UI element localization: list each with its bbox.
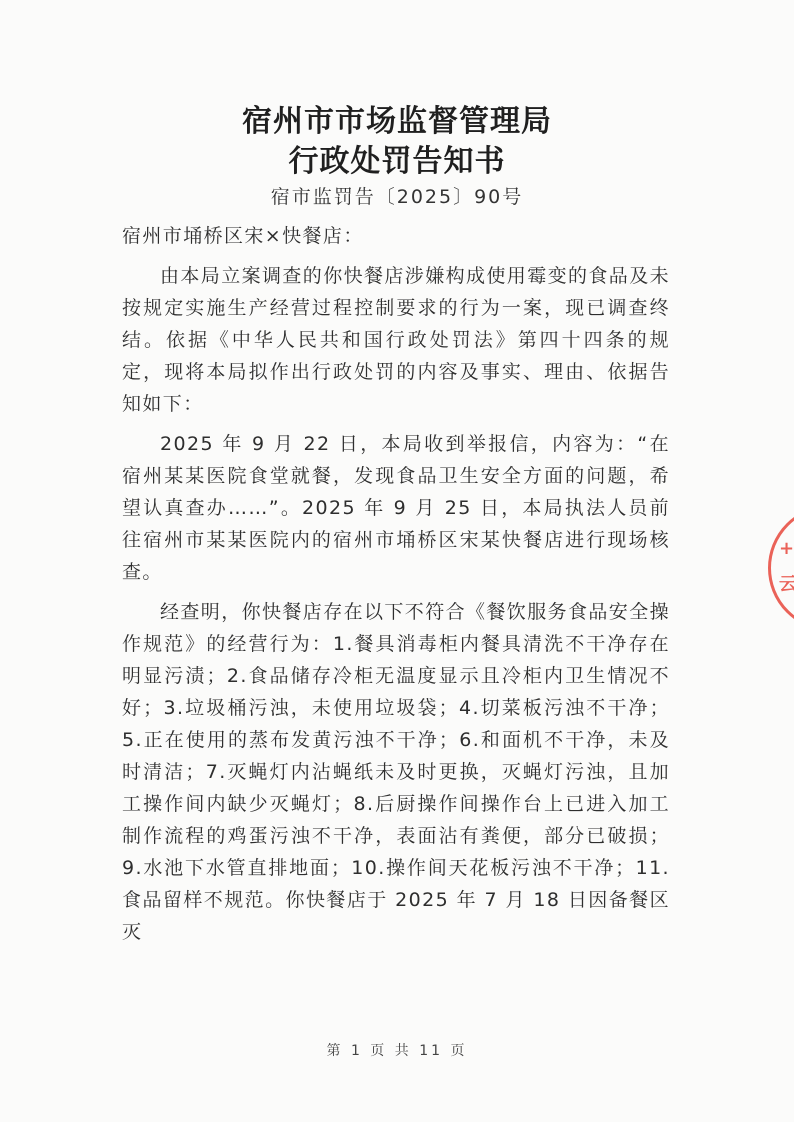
document-number: 宿市监罚告〔2025〕90号 (0, 182, 794, 209)
seal-glyph: 云 (779, 570, 794, 596)
issuing-authority-title: 宿州市市场监督管理局 (0, 96, 794, 140)
official-seal-stamp: + 云 (768, 505, 794, 631)
document-type-title: 行政处罚告知书 (0, 136, 794, 180)
paragraph-intro: 由本局立案调查的你快餐店涉嫌构成使用霉变的食品及未按规定实施生产经营过程控制要求… (122, 260, 670, 420)
page-number-footer: 第 1 页 共 11 页 (0, 1040, 794, 1060)
paragraph-findings: 经查明，你快餐店存在以下不符合《餐饮服务食品安全操作规范》的经营行为：1.餐具消… (122, 596, 670, 948)
paragraph-complaint: 2025 年 9 月 22 日，本局收到举报信，内容为：“在宿州某某医院食堂就餐… (122, 428, 670, 588)
addressee: 宿州市埇桥区宋×快餐店： (122, 220, 670, 252)
document-page: 宿州市市场监督管理局 行政处罚告知书 宿市监罚告〔2025〕90号 宿州市埇桥区… (0, 0, 794, 1122)
seal-glyph: + (779, 538, 794, 559)
document-body: 宿州市埇桥区宋×快餐店： 由本局立案调查的你快餐店涉嫌构成使用霉变的食品及未按规… (122, 220, 670, 948)
